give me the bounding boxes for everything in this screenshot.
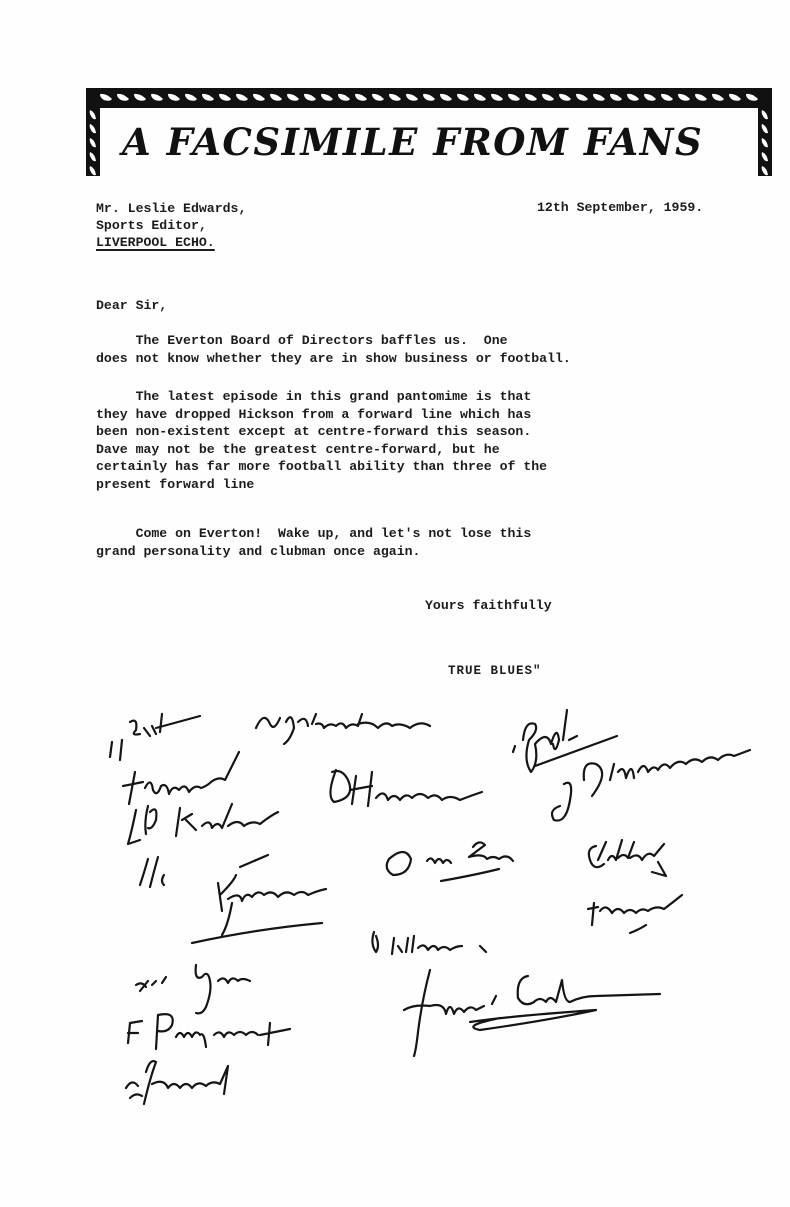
paragraph-line: The Everton Board of Directors baffles u… [96, 332, 736, 350]
recipient-position: Sports Editor, [96, 217, 246, 234]
rope-border-top-icon [86, 88, 772, 108]
paragraph-line: grand personality and clubman once again… [96, 543, 736, 561]
paragraph-line: present forward line [96, 476, 736, 494]
rope-border-left-icon [86, 88, 100, 176]
paragraph-1: The Everton Board of Directors baffles u… [96, 332, 736, 367]
paragraph-2: The latest episode in this grand pantomi… [96, 388, 736, 493]
masthead: A FACSIMILE FROM FANS [86, 86, 772, 176]
signature-sig-4 [540, 720, 770, 840]
paragraph-3: Come on Everton! Wake up, and let's not … [96, 525, 736, 560]
signature-sig-14 [400, 960, 670, 1060]
letter-page: A FACSIMILE FROM FANS Mr. Leslie Edwards… [0, 0, 790, 1207]
closing: Yours faithfully [425, 598, 552, 613]
signature-sig-2 [250, 700, 440, 750]
signed-as: TRUE BLUES" [448, 664, 542, 678]
signatures-area [0, 690, 790, 1110]
signature-sig-8 [375, 835, 545, 895]
signature-sig-16 [116, 1048, 266, 1108]
paragraph-line: does not know whether they are in show b… [96, 350, 736, 368]
paragraph-line: been non-existent except at centre-forwa… [96, 423, 736, 441]
paragraph-line: certainly has far more football ability … [96, 458, 736, 476]
rope-border-right-icon [758, 88, 772, 176]
salutation: Dear Sir, [96, 298, 167, 313]
paragraph-line: they have dropped Hickson from a forward… [96, 406, 736, 424]
masthead-title: A FACSIMILE FROM FANS [122, 120, 703, 164]
signature-sig-11 [582, 885, 692, 945]
recipient-address: Mr. Leslie Edwards, Sports Editor, LIVER… [96, 200, 246, 251]
signature-sig-9 [582, 832, 682, 892]
letter-date: 12th September, 1959. [537, 200, 703, 215]
recipient-publication: LIVERPOOL ECHO. [96, 235, 215, 250]
signature-sig-10 [136, 845, 376, 955]
recipient-name: Mr. Leslie Edwards, [96, 200, 246, 217]
paragraph-line: Dave may not be the greatest centre-forw… [96, 441, 736, 459]
paragraph-line: The latest episode in this grand pantomi… [96, 388, 736, 406]
paragraph-line: Come on Everton! Wake up, and let's not … [96, 525, 736, 543]
signature-sig-6 [320, 762, 500, 822]
